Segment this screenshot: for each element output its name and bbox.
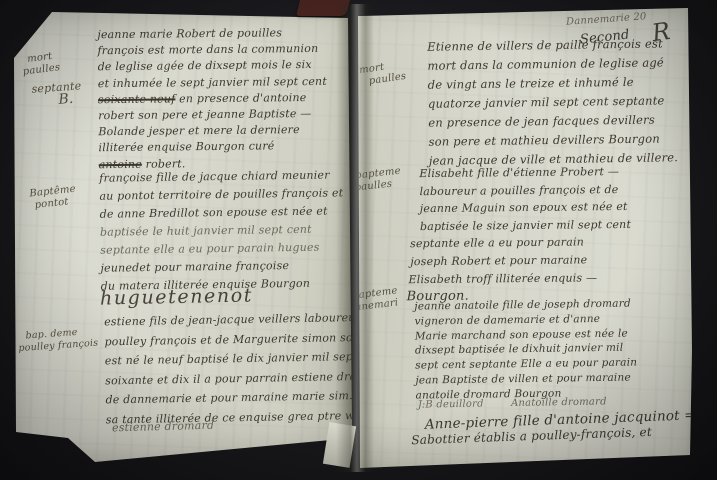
record-line: de leglise agée de dixsept mois le six (98, 57, 327, 76)
margin-note-line: danemari (348, 297, 400, 315)
record-line: Elisabeht fille d'étienne Probert — (419, 163, 630, 183)
signatures-row: J:B deuillord Anatoille dromard (418, 396, 607, 410)
margin-note-bapteme-danemari: Bapteme danemari (351, 285, 400, 314)
margin-note-bapteme-pontot: Baptême pontot (29, 184, 78, 213)
record-line: septante elle a eu pour parain hugues (100, 238, 344, 259)
signature-jb-deuillord: J:B deuillord (418, 399, 484, 411)
record-baptism-elisabeth-probert: Elisabeht fille d'étienne Probert — labo… (419, 163, 632, 306)
signature-estienne-dromard: estienne dromard (112, 419, 215, 435)
paraph-mark: B. (58, 92, 83, 106)
record-baptism-anne-pierre-jacquinot: Anne-pierre fille d'antoine jacquinot = … (425, 407, 697, 446)
record-line: jeanne Maguin son epoux est née et (420, 198, 631, 218)
margin-note-mort-paulles-right: mort paulles (359, 59, 408, 89)
record-line: septante elle a eu pour parain (410, 233, 631, 253)
record-line-rest: en presence d'antoine (175, 91, 306, 105)
spine-bottom-edge (323, 422, 356, 468)
record-line: joseph Robert et pour maraine (410, 251, 631, 271)
record-line: jean Baptiste de villen et pour maraine (415, 370, 637, 388)
margin-note-mort-paulles-left: mort paulles (27, 50, 61, 78)
page-header-place: Dannemarie 20 (566, 11, 647, 28)
right-page: Dannemarie 20 Second R mort paulles bapt… (348, 6, 694, 474)
binding-tab (296, 0, 350, 16)
record-line: mort dans la communion de leglise agé (427, 53, 677, 75)
record-baptism-francoise-chiard: françoise fille de jacque chiard meunier… (99, 166, 345, 295)
record-burial-jeanne-marie-robert: jeanne marie Robert de pouilles françois… (97, 25, 328, 173)
signature-anatoille-dromard: Anatoille dromard (511, 396, 607, 409)
record-burial-etienne-devillers: Etienne de villers de paille françois es… (427, 34, 678, 170)
left-page: mort paulles septante B. Baptême pontot … (12, 10, 352, 464)
margin-note-septante-correction: septante B. (31, 80, 82, 107)
record-baptism-etienne-veillers: estiene fils de jean-jacque veillers lab… (104, 308, 383, 430)
record-baptism-jeanne-anatoile-dromard: jeanne anatoile fille de joseph dromard … (414, 296, 637, 403)
margin-note-bapteme-poulley-francois: bap. deme poulley françois (25, 326, 98, 355)
record-line: jeanne anatoile fille de joseph dromard (414, 296, 636, 314)
manuscript-scan: mort paulles septante B. Baptême pontot … (0, 0, 717, 480)
record-line: baptisée le size janvier mil sept cent (420, 216, 631, 236)
struck-text: soixante neuf (98, 92, 176, 106)
record-line: laboureur a pouilles françois et de (419, 180, 630, 200)
margin-note-bapteme-paulles: bapteme paulles (355, 166, 403, 195)
section-heading-huguetenenot: huguetenenot (100, 284, 253, 309)
record-line: Bolande jesper et mere la derniere (98, 122, 327, 141)
